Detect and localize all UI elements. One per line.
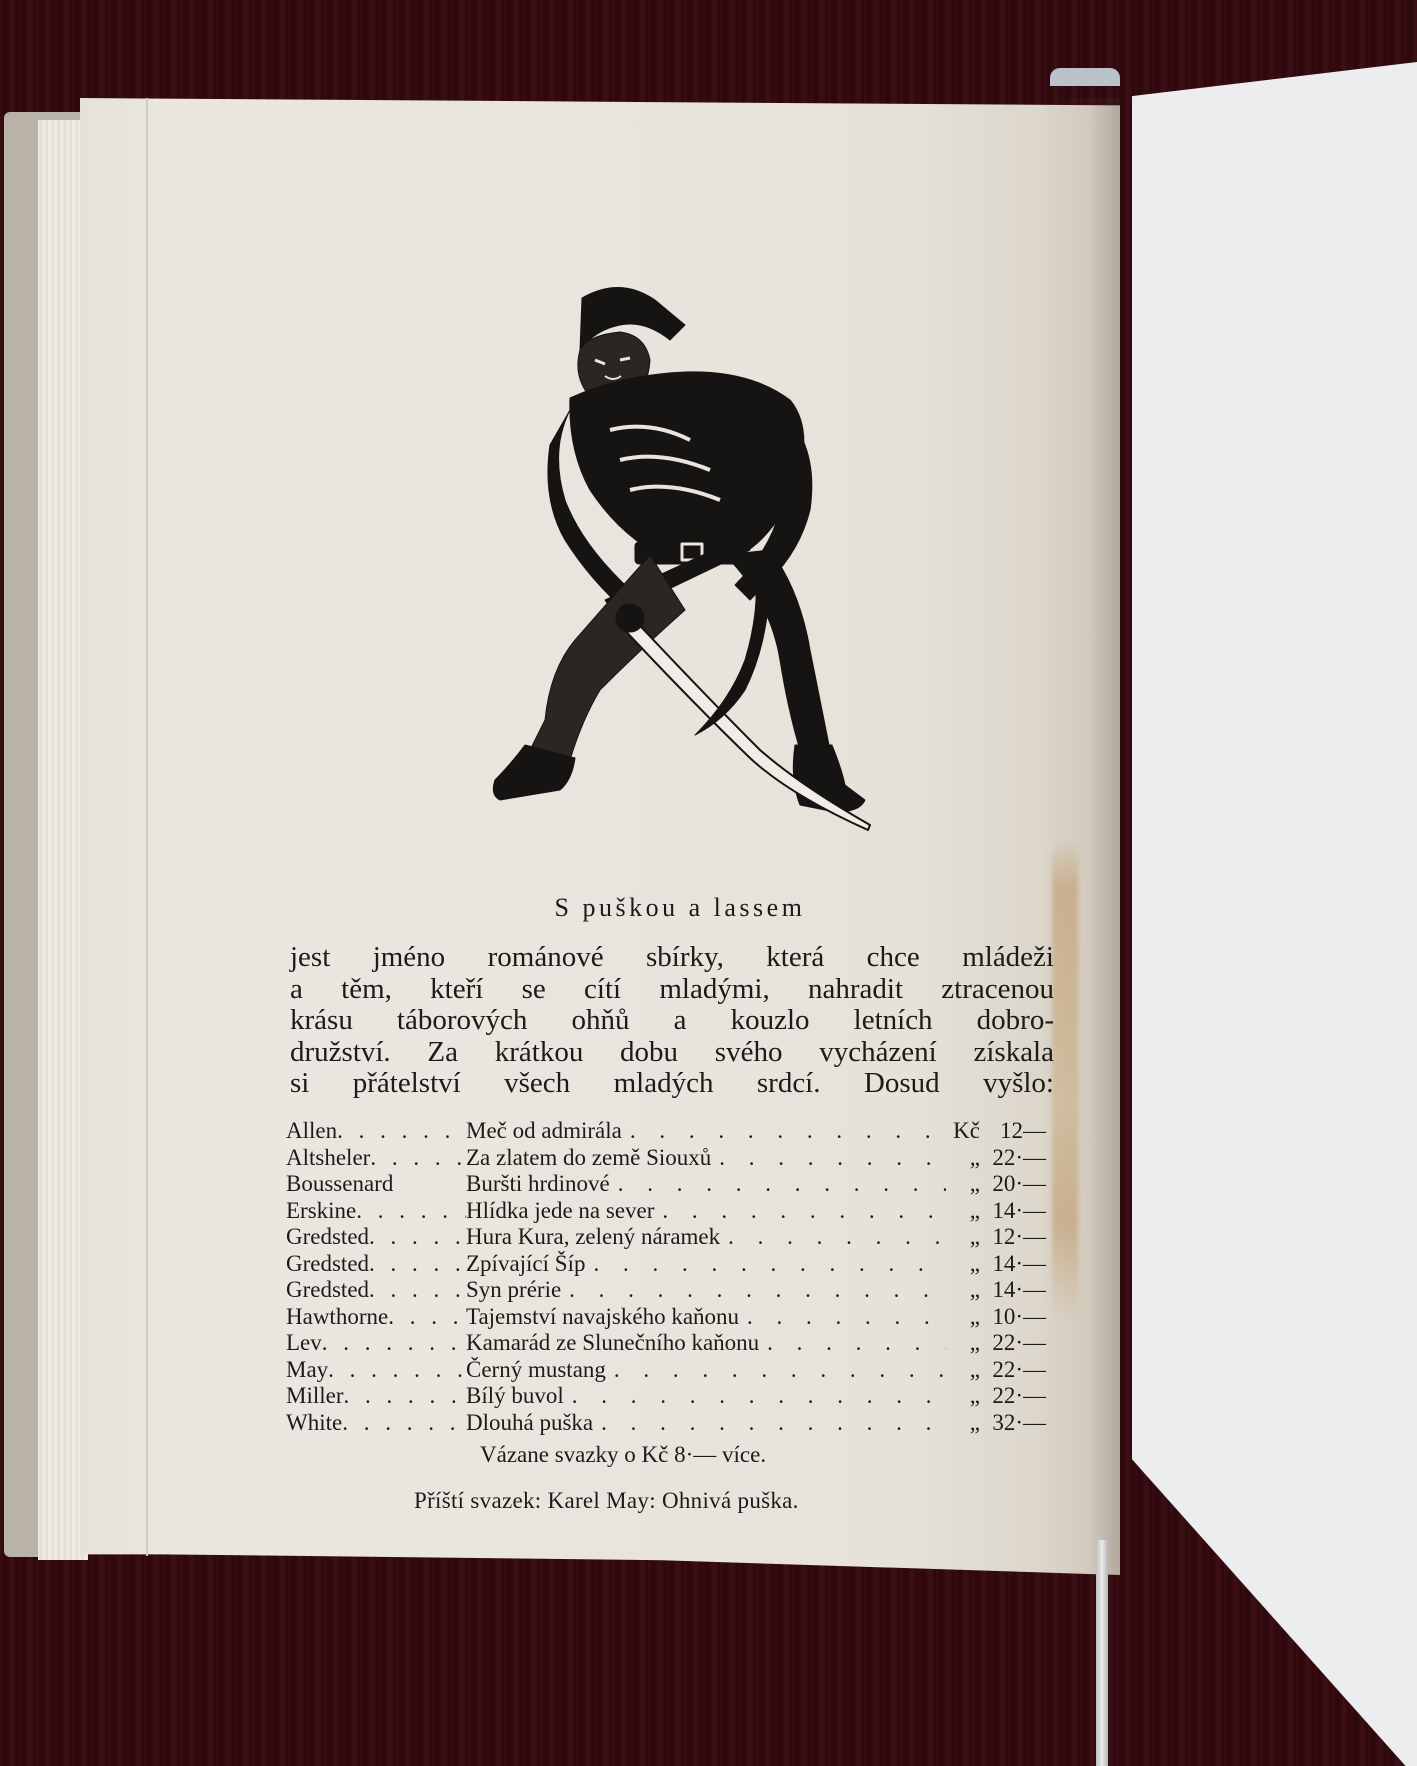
catalog-title: Tajemství navajského kaňonu	[466, 1304, 739, 1331]
catalog-currency: „	[946, 1277, 980, 1304]
catalog-price: 14·—	[980, 1198, 1046, 1225]
catalog-price: 10·—	[980, 1304, 1046, 1331]
catalog-author: Hawthorne	[286, 1304, 388, 1331]
catalog-author: Gredsted	[286, 1251, 369, 1278]
catalog-author: Boussenard	[286, 1171, 393, 1198]
next-volume-note: Příští svazek: Karel May: Ohnivá puška.	[414, 1488, 799, 1514]
catalog-row: Erskine . . . . . . . . . Hlídka jede na…	[286, 1198, 1046, 1225]
intro-line: družství. Za krátkou dobu svého vycházen…	[290, 1037, 1054, 1069]
intro-line: a těm, kteří se cítí mladými, nahradit z…	[290, 974, 1054, 1006]
series-title: S puškou a lassem	[300, 893, 1060, 923]
catalog-price: 22·—	[980, 1383, 1046, 1410]
catalog-row: May . . . . . . . . . Černý mustang. . .…	[286, 1357, 1046, 1384]
catalog-currency: Kč	[946, 1118, 980, 1145]
catalog-currency: „	[946, 1224, 980, 1251]
intro-paragraph: jest jméno románové sbírky, která chce m…	[290, 942, 1054, 1100]
book-catalog-list: Allen . . . . . . . . . Meč od admirála.…	[286, 1118, 1046, 1436]
catalog-price: 12·—	[980, 1224, 1046, 1251]
catalog-title: Hura Kura, zelený náramek	[466, 1224, 720, 1251]
catalog-price: 12—	[980, 1118, 1046, 1145]
catalog-title: Syn prérie	[466, 1277, 561, 1304]
catalog-price: 32·—	[980, 1410, 1046, 1437]
spine-headband	[1050, 68, 1120, 86]
catalog-title: Zpívající Šíp	[466, 1251, 585, 1278]
catalog-author: Gredsted	[286, 1224, 369, 1251]
catalog-title: Hlídka jede na sever	[466, 1198, 654, 1225]
catalog-author: Gredsted	[286, 1277, 369, 1304]
catalog-price: 22·—	[980, 1330, 1046, 1357]
catalog-price: 22·—	[980, 1145, 1046, 1172]
catalog-author: Miller	[286, 1383, 344, 1410]
gutter-shadow	[1040, 98, 1120, 1575]
catalog-author: Altsheler	[286, 1145, 370, 1172]
catalog-author: Erskine	[286, 1198, 356, 1225]
catalog-currency: „	[946, 1251, 980, 1278]
catalog-price: 14·—	[980, 1251, 1046, 1278]
pirate-illustration-icon	[470, 280, 890, 870]
catalog-row: Lev . . . . . . . . . Kamarád ze Slunečn…	[286, 1330, 1046, 1357]
catalog-author: Allen	[286, 1118, 337, 1145]
catalog-currency: „	[946, 1304, 980, 1331]
catalog-currency: „	[946, 1330, 980, 1357]
catalog-row: Gredsted . . . . . . . . . Syn prérie. .…	[286, 1277, 1046, 1304]
bookmark-ribbon[interactable]	[1096, 1540, 1108, 1766]
catalog-title: Bílý buvol	[466, 1383, 564, 1410]
catalog-author: Lev	[286, 1330, 322, 1357]
catalog-row: Miller . . . . . . . . . Bílý buvol. . .…	[286, 1383, 1046, 1410]
catalog-author: White	[286, 1410, 342, 1437]
catalog-currency: „	[946, 1198, 980, 1225]
catalog-row: Altsheler . . . . . . . . . Za zlatem do…	[286, 1145, 1046, 1172]
catalog-price: 22·—	[980, 1357, 1046, 1384]
catalog-currency: „	[946, 1171, 980, 1198]
catalog-row: White . . . . . . . . . Dlouhá puška. . …	[286, 1410, 1046, 1437]
catalog-title: Kamarád ze Slunečního kaňonu	[466, 1330, 759, 1357]
catalog-title: Černý mustang	[466, 1357, 606, 1384]
catalog-row: Gredsted . . . . . . . . . Hura Kura, ze…	[286, 1224, 1046, 1251]
catalog-currency: „	[946, 1357, 980, 1384]
catalog-row: Gredsted . . . . . . . . . Zpívající Šíp…	[286, 1251, 1046, 1278]
catalog-currency: „	[946, 1410, 980, 1437]
bound-volumes-note: Vázane svazky o Kč 8·— více.	[480, 1442, 766, 1468]
catalog-row: Allen . . . . . . . . . Meč od admirála.…	[286, 1118, 1046, 1145]
catalog-price: 14·—	[980, 1277, 1046, 1304]
catalog-title: Za zlatem do země Siouxů	[466, 1145, 711, 1172]
catalog-currency: „	[946, 1145, 980, 1172]
intro-line: krásu táborových ohňů a kouzlo letních d…	[290, 1005, 1054, 1037]
catalog-title: Meč od admirála	[466, 1118, 622, 1145]
catalog-author: May	[286, 1357, 328, 1384]
catalog-row: Hawthorne . . . . . . . . . Tajemství na…	[286, 1304, 1046, 1331]
intro-line: si přátelství všech mladých srdcí. Dosud…	[290, 1068, 1054, 1100]
catalog-title: Buršti hrdinové	[466, 1171, 610, 1198]
intro-line: jest jméno románové sbírky, která chce m…	[290, 942, 1054, 974]
catalog-row: Boussenard Buršti hrdinové. . . . . . . …	[286, 1171, 1046, 1198]
catalog-title: Dlouhá puška	[466, 1410, 593, 1437]
right-page-blank	[1132, 62, 1417, 1766]
catalog-price: 20·—	[980, 1171, 1046, 1198]
catalog-currency: „	[946, 1383, 980, 1410]
page-edge-line	[146, 98, 148, 1556]
